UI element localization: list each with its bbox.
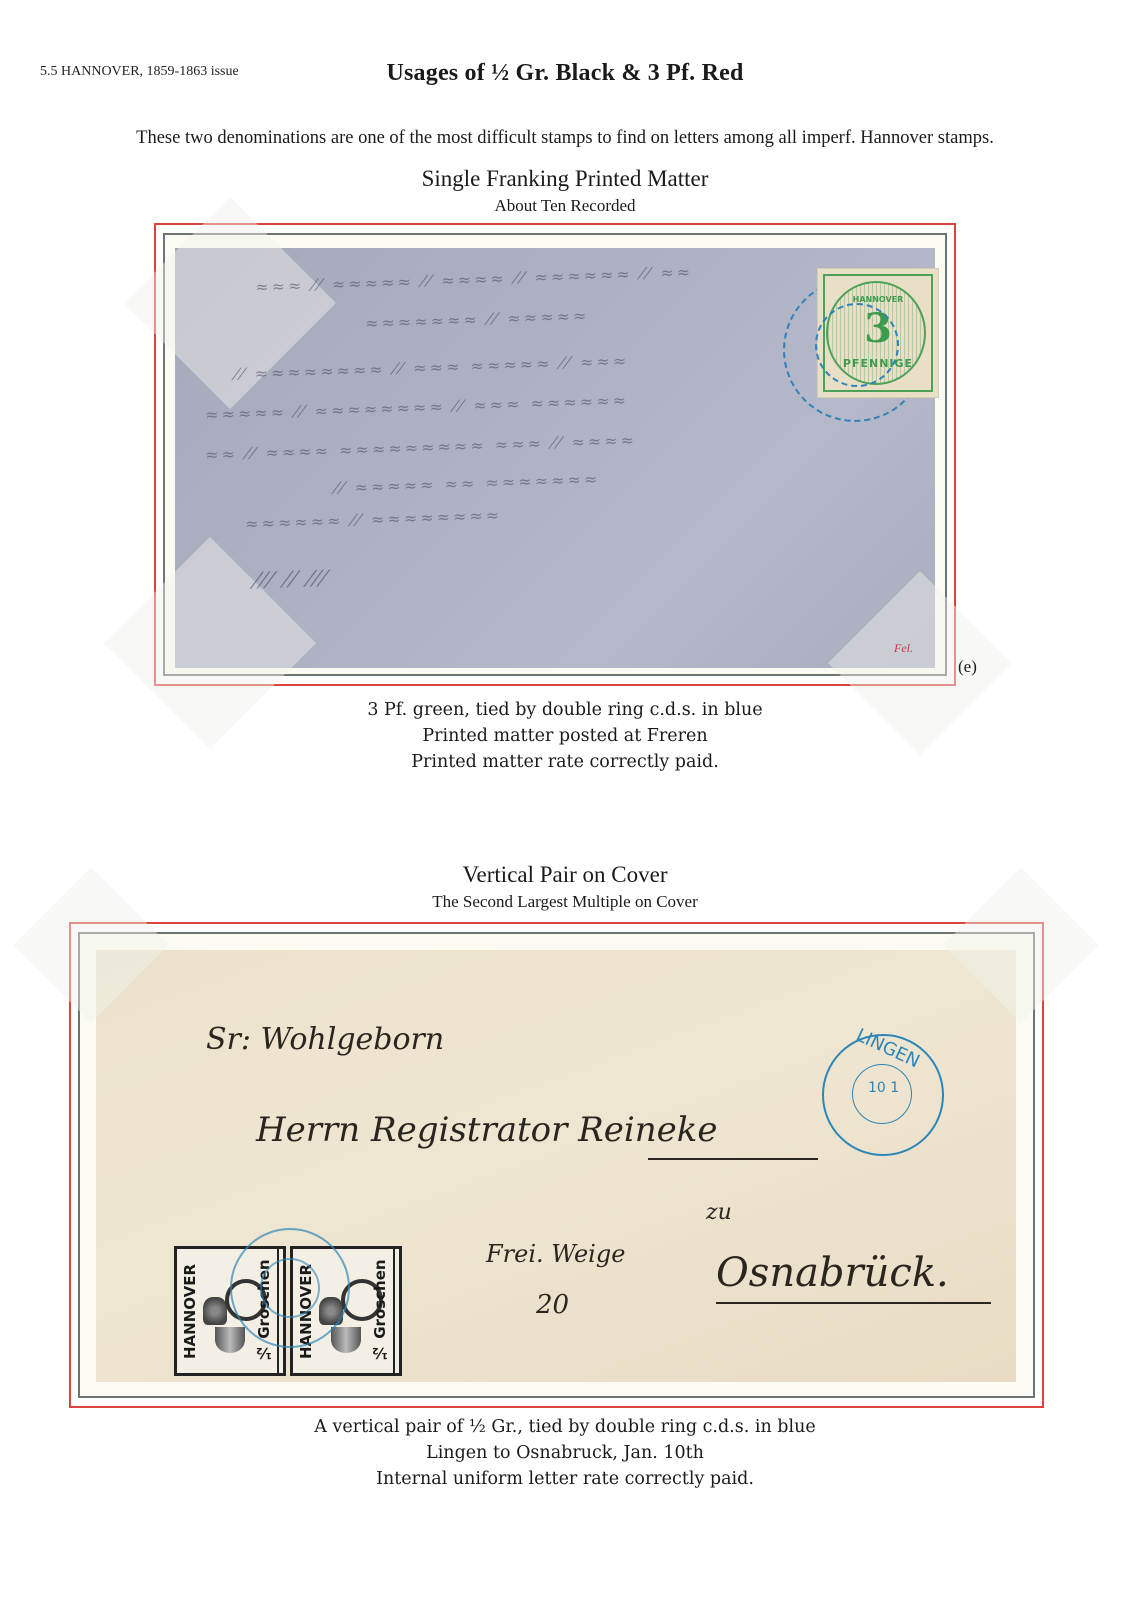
- stamp-country: HANNOVER: [818, 295, 938, 304]
- vertical-pair-stamps: HANNOVER ½ Groschen HANNOVER ½ Groschen: [174, 1246, 406, 1378]
- posthorn-bell-icon: [331, 1327, 361, 1353]
- handwriting: ≈≈≈≈≈ ⁄⁄ ≈≈≈≈≈≈≈≈ ⁄⁄ ≈≈≈ ≈≈≈≈≈≈: [205, 391, 629, 425]
- address-line-zu: zu: [706, 1200, 732, 1225]
- expert-signature: Fel.: [894, 641, 913, 656]
- address-line-name: Herrn Registrator Reineke: [256, 1110, 718, 1150]
- handwriting: ≈≈≈≈≈≈ ⁄⁄ ≈≈≈≈≈≈≈≈: [245, 506, 503, 534]
- name-underline: [648, 1158, 818, 1160]
- exhibit-2-cover-image: Sr: Wohlgeborn Herrn Registrator Reineke…: [96, 950, 1016, 1382]
- handwriting: ⁄⁄⁄ ⁄⁄ ⁄⁄⁄: [255, 567, 329, 595]
- handwriting: ⁄⁄ ≈≈≈≈≈ ≈≈ ≈≈≈≈≈≈≈: [335, 469, 601, 497]
- postmark-inner-ring: [260, 1258, 320, 1318]
- exhibit-1-cover-image: ≈≈≈ ⁄⁄ ≈≈≈≈≈ ⁄⁄ ≈≈≈≈ ⁄⁄ ≈≈≈≈≈≈ ⁄⁄ ≈≈ ≈≈≈…: [175, 248, 935, 668]
- exhibit-2-subheading: The Second Largest Multiple on Cover: [0, 892, 1130, 912]
- handwriting: ⁄⁄ ≈≈≈≈≈≈≈≈ ⁄⁄ ≈≈≈ ≈≈≈≈≈ ⁄⁄ ≈≈≈: [235, 351, 630, 384]
- address-line-salutation: Sr: Wohlgeborn: [206, 1022, 444, 1057]
- handwriting: ≈≈ ⁄⁄ ≈≈≈≈ ≈≈≈≈≈≈≈≈≈ ≈≈≈ ⁄⁄ ≈≈≈≈: [205, 430, 638, 464]
- posthorn-bell-icon: [215, 1327, 245, 1353]
- exhibit-2-caption: A vertical pair of ½ Gr., tied by double…: [0, 1414, 1130, 1492]
- exhibit-2-heading: Vertical Pair on Cover: [0, 862, 1130, 888]
- postmark-inner-ring: [815, 303, 899, 387]
- exhibit-1-heading: Single Franking Printed Matter: [0, 166, 1130, 192]
- expertise-mark: (e): [958, 657, 977, 677]
- handwriting: ≈≈≈≈≈≈≈ ⁄⁄ ≈≈≈≈≈: [365, 306, 590, 333]
- exhibit-2-frame: Sr: Wohlgeborn Herrn Registrator Reineke…: [69, 922, 1044, 1408]
- address-line-number: 20: [536, 1290, 569, 1320]
- stamp-value: ½ Groschen: [371, 1249, 395, 1373]
- postmark-date: 10 1: [868, 1080, 899, 1096]
- city-underline: [716, 1302, 991, 1304]
- exhibit-1-mount: ≈≈≈ ⁄⁄ ≈≈≈≈≈ ⁄⁄ ≈≈≈≈ ⁄⁄ ≈≈≈≈≈≈ ⁄⁄ ≈≈ ≈≈≈…: [163, 233, 947, 676]
- exhibit-1-frame: ≈≈≈ ⁄⁄ ≈≈≈≈≈ ⁄⁄ ≈≈≈≈ ⁄⁄ ≈≈≈≈≈≈ ⁄⁄ ≈≈ ≈≈≈…: [154, 223, 956, 686]
- caption-line: Printed matter rate correctly paid.: [0, 749, 1130, 775]
- exhibit-1-caption: 3 Pf. green, tied by double ring c.d.s. …: [0, 697, 1130, 775]
- exhibit-1-subheading: About Ten Recorded: [0, 196, 1130, 216]
- page-title-text: Usages of ½ Gr. Black & 3 Pf. Red: [386, 60, 743, 86]
- photo-corner: [943, 867, 1099, 1023]
- caption-line: Printed matter posted at Freren: [0, 723, 1130, 749]
- caption-line: A vertical pair of ½ Gr., tied by double…: [0, 1414, 1130, 1440]
- stamp-country: HANNOVER: [181, 1249, 201, 1373]
- address-line-city: Osnabrück.: [716, 1250, 949, 1296]
- crown-icon: [203, 1297, 227, 1325]
- caption-line: Lingen to Osnabruck, Jan. 10th: [0, 1440, 1130, 1466]
- exhibit-2-mount: Sr: Wohlgeborn Herrn Registrator Reineke…: [78, 932, 1035, 1398]
- caption-line: 3 Pf. green, tied by double ring c.d.s. …: [0, 697, 1130, 723]
- lingen-postmark: LINGEN 10 1: [822, 1034, 944, 1156]
- caption-line: Internal uniform letter rate correctly p…: [0, 1466, 1130, 1492]
- intro-text: These two denominations are one of the m…: [0, 128, 1130, 149]
- page-title: Usages of ½ Gr. Black & 3 Pf. Red: [0, 60, 1130, 87]
- photo-corner: [13, 867, 169, 1023]
- handwriting: ≈≈≈ ⁄⁄ ≈≈≈≈≈ ⁄⁄ ≈≈≈≈ ⁄⁄ ≈≈≈≈≈≈ ⁄⁄ ≈≈: [255, 262, 694, 296]
- address-line-note: Frei. Weige: [486, 1240, 625, 1268]
